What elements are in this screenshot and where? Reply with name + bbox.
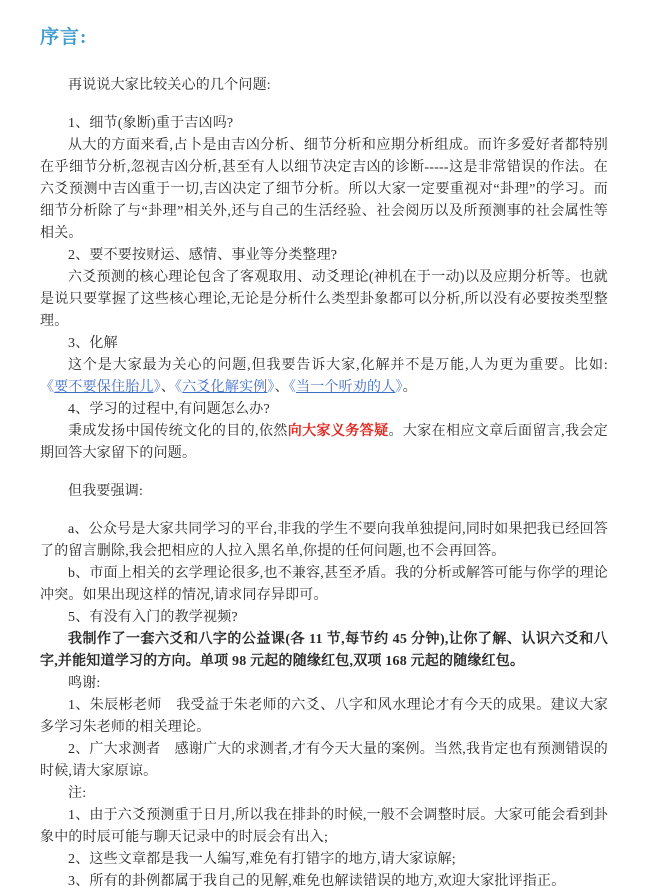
question-4-answer: 秉成发扬中国传统文化的目的,依然向大家义务答疑。大家在相应文章后面留言,我会定期…	[40, 421, 608, 465]
red-highlight-answer-questions: 向大家义务答疑	[288, 424, 389, 439]
question-2-answer: 六爻预测的核心理论包含了客观取用、动爻理论(神机在于一动)以及应期分析等。也就是…	[40, 267, 608, 333]
text-run: 秉成发扬中国传统文化的目的,依然	[68, 424, 288, 439]
question-3-answer: 这个是大家最为关心的问题,但我要告诉大家,化解并不是万能,人为更为重要。比如:《…	[40, 355, 608, 399]
link-be-one-who-listens[interactable]: 当一个听劝的人	[296, 380, 395, 395]
text-run: 5、有没有入门的教学视频?	[68, 610, 238, 625]
text-run: 鸣谢:	[68, 676, 101, 691]
note-2: 2、这些文章都是我一人编写,难免有打错字的地方,请大家谅解;	[40, 849, 608, 871]
text-run: b、市面上相关的玄学理论很多,也不兼容,甚至矛盾。我的分析或解答可能与你学的理论…	[40, 566, 608, 603]
text-run: 。	[403, 380, 417, 395]
intro-line: 再说说大家比较关心的几个问题:	[40, 75, 608, 97]
question-2-heading: 2、要不要按财运、感情、事业等分类整理?	[40, 245, 608, 267]
note-1: 1、由于六爻预测重于日月,所以我在排卦的时候,一般不会调整时辰。大家可能会看到卦…	[40, 805, 608, 849]
text-run: 、	[275, 380, 289, 395]
question-3-heading: 3、化解	[40, 333, 608, 355]
acknowledgement-2: 2、广大求测者 感谢广大的求测者,才有今天大量的案例。当然,我肯定也有预测错误的…	[40, 739, 608, 783]
document-body: 再说说大家比较关心的几个问题:1、细节(象断)重于吉凶吗?从大的方面来看,占卜是…	[40, 75, 608, 893]
note-3: 3、所有的卦例都属于我自己的见解,难免也解读错误的地方,欢迎大家批评指正。	[40, 871, 608, 893]
link-liuyao-resolution-examples[interactable]: 六爻化解实例	[182, 380, 267, 395]
text-run: 2、广大求测者 感谢广大的求测者,才有今天大量的案例。当然,我肯定也有预测错误的…	[40, 742, 608, 779]
text-run: 、	[161, 380, 175, 395]
question-5-heading: 5、有没有入门的教学视频?	[40, 607, 608, 629]
acknowledgement-1: 1、朱辰彬老师 我受益于朱老师的六爻、八字和风水理论才有今天的成果。建议大家多学…	[40, 695, 608, 739]
text-run: 》	[154, 380, 161, 395]
text-run: 3、化解	[68, 336, 118, 351]
text-run: 《	[289, 380, 296, 395]
text-run: 2、这些文章都是我一人编写,难免有打错字的地方,请大家谅解;	[68, 852, 456, 867]
question-1-heading: 1、细节(象断)重于吉凶吗?	[40, 113, 608, 135]
text-run: 3、所有的卦例都属于我自己的见解,难免也解读错误的地方,欢迎大家批评指正。	[68, 874, 565, 889]
text-run: 》	[267, 380, 274, 395]
text-run: 六爻预测的核心理论包含了客观取用、动爻理论(神机在于一动)以及应期分析等。也就是…	[40, 270, 608, 329]
text-run: 但我要强调:	[68, 484, 143, 499]
text-run: 《	[40, 380, 54, 395]
text-run: a、公众号是大家共同学习的平台,非我的学生不要向我单独提问,同时如果把我已经回答…	[40, 522, 608, 559]
text-run: 1、朱辰彬老师 我受益于朱老师的六爻、八字和风水理论才有今天的成果。建议大家多学…	[40, 698, 608, 735]
text-run: 4、学习的过程中,有问题怎么办?	[68, 402, 270, 417]
blank-line	[40, 465, 608, 481]
emphasis-intro: 但我要强调:	[40, 481, 608, 503]
document-page: 序言: 再说说大家比较关心的几个问题:1、细节(象断)重于吉凶吗?从大的方面来看…	[0, 0, 646, 893]
text-run: 从大的方面来看,占卜是由吉凶分析、细节分析和应期分析组成。而许多爱好者都特别在乎…	[40, 138, 608, 241]
question-4-heading: 4、学习的过程中,有问题怎么办?	[40, 399, 608, 421]
text-run: 注:	[68, 786, 86, 801]
text-run: 》	[395, 380, 402, 395]
emphasis-item-a: a、公众号是大家共同学习的平台,非我的学生不要向我单独提问,同时如果把我已经回答…	[40, 519, 608, 563]
blank-line	[40, 97, 608, 113]
text-run: 1、由于六爻预测重于日月,所以我在排卦的时候,一般不会调整时辰。大家可能会看到卦…	[40, 808, 608, 845]
emphasis-item-b: b、市面上相关的玄学理论很多,也不兼容,甚至矛盾。我的分析或解答可能与你学的理论…	[40, 563, 608, 607]
blank-line	[40, 503, 608, 519]
text-run: 我制作了一套六爻和八字的公益课(各 11 节,每节约 45 分钟),让你了解、认…	[40, 632, 608, 669]
text-run: 再说说大家比较关心的几个问题:	[68, 78, 271, 93]
notes-heading: 注:	[40, 783, 608, 805]
document-title: 序言:	[40, 22, 608, 49]
text-run: 2、要不要按财运、感情、事业等分类整理?	[68, 248, 337, 263]
link-keep-fetus-article[interactable]: 要不要保住胎儿	[54, 380, 153, 395]
question-1-answer: 从大的方面来看,占卜是由吉凶分析、细节分析和应期分析组成。而许多爱好者都特别在乎…	[40, 135, 608, 245]
question-5-answer-bold: 我制作了一套六爻和八字的公益课(各 11 节,每节约 45 分钟),让你了解、认…	[40, 629, 608, 673]
text-run: 这个是大家最为关心的问题,但我要告诉大家,化解并不是万能,人为更为重要。比如:	[68, 358, 608, 373]
text-run: 1、细节(象断)重于吉凶吗?	[68, 116, 233, 131]
acknowledgements-heading: 鸣谢:	[40, 673, 608, 695]
